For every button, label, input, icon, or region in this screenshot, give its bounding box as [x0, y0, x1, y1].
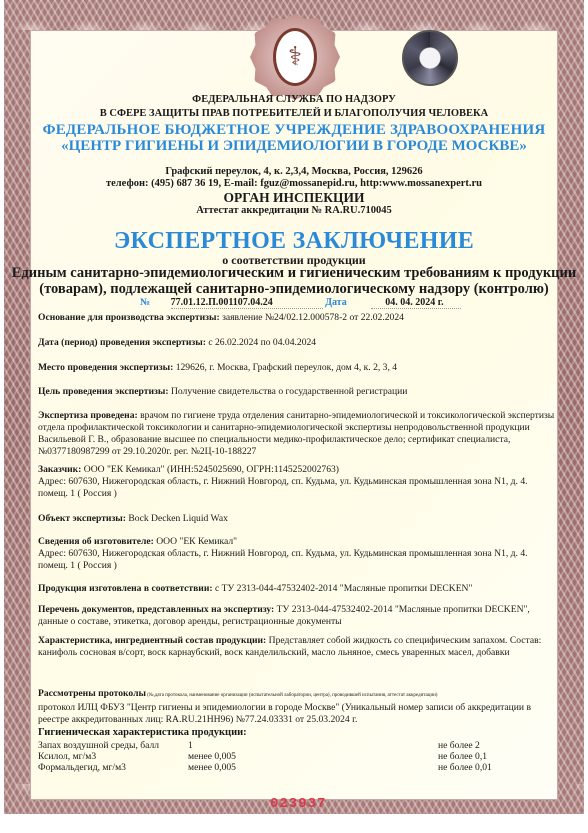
field-object-label: Объект экспертизы:	[38, 513, 126, 524]
field-object-value: Bock Decken Liquid Wax	[126, 513, 228, 524]
field-basis-value: заявление №24/02.12.000578-2 от 22.02.20…	[220, 312, 404, 323]
institution-line-1: ФЕДЕРАЛЬНОЕ БЮДЖЕТНОЕ УЧРЕЖДЕНИЕ ЗДРАВОО…	[0, 122, 588, 139]
field-period: Дата (период) проведения экспертизы: с 2…	[38, 337, 558, 349]
field-place-value: 129626, г. Москва, Графский переулок, до…	[173, 362, 397, 373]
field-purpose: Цель проведения экспертизы: Получение св…	[38, 386, 558, 398]
field-customer: Заказчик: ООО "ЕК Кемикал" (ИНН:52450256…	[38, 464, 558, 500]
field-period-label: Дата (период) проведения экспертизы:	[38, 337, 206, 348]
field-produced-per-label: Продукция изготовлена в соответствии:	[38, 583, 213, 594]
field-customer-label: Заказчик:	[38, 464, 81, 475]
field-purpose-value: Получение свидетельства о государственно…	[169, 386, 408, 397]
field-customer-address: Адрес: 607630, Нижегородская область, г.…	[38, 476, 528, 499]
accreditation-number: Аттестат аккредитации № RA.RU.710045	[0, 205, 588, 216]
field-protocols: Рассмотрены протоколы (№,дата протокола,…	[38, 688, 558, 726]
document-subtitle-2: Единым санитарно-эпидемиологическим и ги…	[0, 265, 588, 282]
document-subtitle-3: (товарам), подлежащей санитарно-эпидемио…	[0, 281, 588, 298]
field-protocols-label: Рассмотрены протоколы	[38, 688, 146, 699]
field-composition: Характеристика, ингредиентный состав про…	[38, 635, 558, 659]
field-object: Объект экспертизы: Bock Decken Liquid Wa…	[38, 513, 558, 525]
table-row: Формальдегид, мг/м3 менее 0,005 не более…	[38, 762, 558, 774]
conclusion-number: 77.01.12.П.001107.04.24	[171, 297, 323, 309]
date-label: Дата	[325, 297, 347, 308]
document-title: ЭКСПЕРТНОЕ ЗАКЛЮЧЕНИЕ	[0, 228, 588, 255]
field-manufacturer-value: ООО "ЕК Кемикал"	[154, 536, 237, 547]
field-conducted: Экспертиза проведена: врачом по гигиене …	[38, 410, 558, 458]
field-period-value: с 26.02.2024 по 04.04.2024	[206, 337, 316, 348]
field-documents: Перечень документов, представленных на э…	[38, 604, 558, 628]
field-place: Место проведения экспертизы: 129626, г. …	[38, 362, 558, 374]
agency-line-2: В СФЕРЕ ЗАЩИТЫ ПРАВ ПОТРЕБИТЕЛЕЙ И БЛАГО…	[0, 108, 588, 119]
inspection-body: ОРГАН ИНСПЕКЦИИ	[0, 190, 588, 206]
hologram-seal-icon	[402, 30, 458, 86]
institution-address: Графский переулок, 4, к. 2,3,4, Москва, …	[0, 166, 588, 177]
emblem-figure-icon: ⚕	[273, 28, 317, 86]
hygiene-parameter: Формальдегид, мг/м3	[38, 762, 126, 774]
hygiene-title: Гигиеническая характеристика продукции:	[38, 727, 247, 738]
field-customer-value: ООО "ЕК Кемикал" (ИНН:5245025690, ОГРН:1…	[81, 464, 339, 475]
field-protocols-hint: (№,дата протокола, наименование организа…	[146, 693, 438, 698]
hygiene-table: Гигиеническая характеристика продукции:	[38, 727, 558, 739]
field-manufacturer-address: Адрес: 607630, Нижегородская область, г.…	[38, 548, 528, 571]
field-documents-label: Перечень документов, представленных на э…	[38, 604, 274, 615]
field-manufacturer-label: Сведения об изготовителе:	[38, 536, 154, 547]
serial-number: 023937	[270, 796, 326, 812]
field-basis-label: Основание для производства экспертизы:	[38, 312, 220, 323]
field-basis: Основание для производства экспертизы: з…	[38, 312, 558, 324]
number-label: №	[140, 297, 150, 308]
hygiene-result: менее 0,005	[188, 762, 236, 774]
hygiene-norm: не более 0,01	[438, 762, 492, 774]
field-manufacturer: Сведения об изготовителе: ООО "ЕК Кемика…	[38, 536, 558, 572]
institution-contacts: телефон: (495) 687 36 19, E-mail: fguz@m…	[0, 178, 588, 189]
field-conducted-label: Экспертиза проведена:	[38, 410, 138, 421]
field-produced-per-value: с ТУ 2313-044-47532402-2014 "Масляные пр…	[213, 583, 473, 594]
field-produced-per: Продукция изготовлена в соответствии: с …	[38, 583, 558, 595]
agency-line-1: ФЕДЕРАЛЬНАЯ СЛУЖБА ПО НАДЗОРУ	[0, 94, 588, 105]
institution-line-2: «ЦЕНТР ГИГИЕНЫ И ЭПИДЕМИОЛОГИИ В ГОРОДЕ …	[0, 138, 588, 155]
conclusion-date: 04. 04. 2024 г.	[371, 297, 461, 309]
field-composition-label: Характеристика, ингредиентный состав про…	[38, 635, 266, 646]
field-purpose-label: Цель проведения экспертизы:	[38, 386, 169, 397]
field-place-label: Место проведения экспертизы:	[38, 362, 173, 373]
number-date-line: № 77.01.12.П.001107.04.24 Дата 04. 04. 2…	[140, 297, 461, 309]
field-protocols-value: протокол ИЛЦ ФБУЗ "Центр гигиены и эпиде…	[38, 702, 531, 725]
